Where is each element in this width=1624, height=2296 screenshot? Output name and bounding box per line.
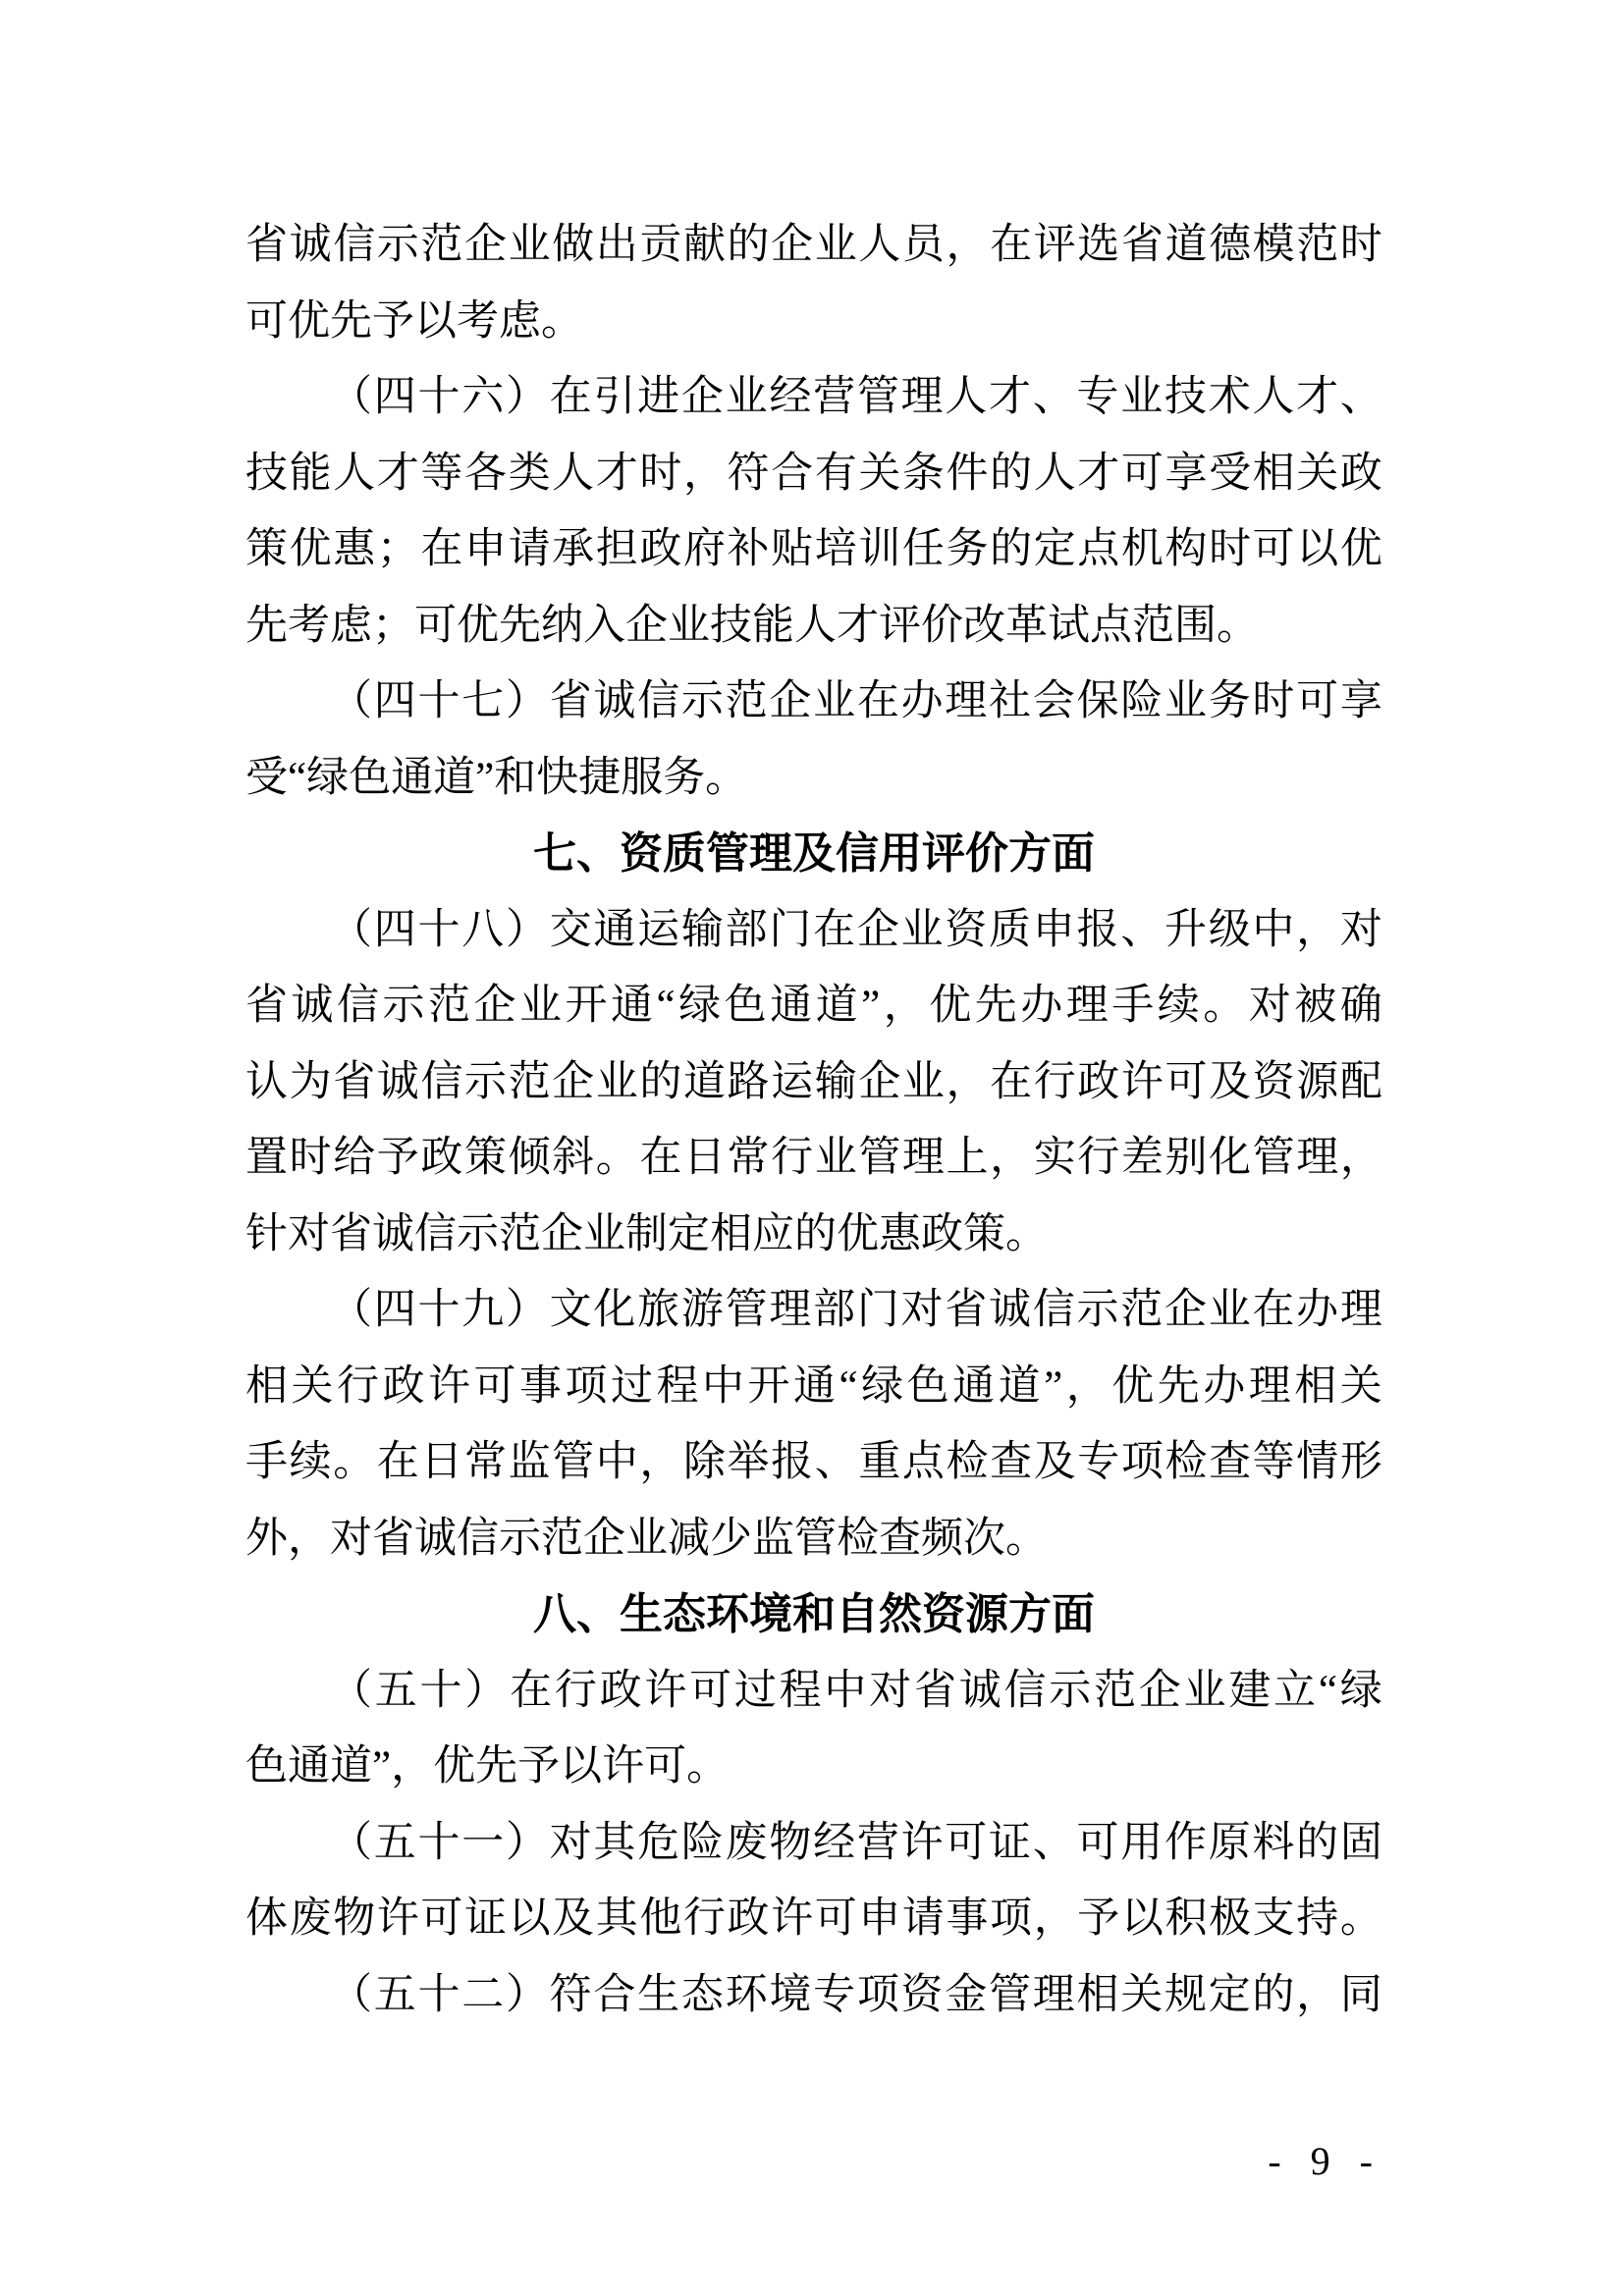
text-line: 体废物许可证以及其他行政许可申请事项，予以积极支持。 <box>245 1881 1382 1957</box>
document-body: 省诚信示范企业做出贡献的企业人员，在评选省道德模范时可优先予以考虑。（四十六）在… <box>245 207 1382 2033</box>
text-line: 先考虑；可优先纳入企业技能人才评价改革试点范围。 <box>245 588 1382 665</box>
text-line: （四十七）省诚信示范企业在办理社会保险业务时可享 <box>245 664 1382 740</box>
text-line: 外，对省诚信示范企业减少监管检查频次。 <box>245 1501 1382 1577</box>
text-line: 省诚信示范企业开通“绿色通道”，优先办理手续。对被确 <box>245 968 1382 1044</box>
text-line: 可优先予以考虑。 <box>245 284 1382 360</box>
document-page: 省诚信示范企业做出贡献的企业人员，在评选省道德模范时可优先予以考虑。（四十六）在… <box>0 0 1624 2296</box>
page-number: - 9 - <box>1268 2138 1382 2184</box>
text-line: 策优惠；在申请承担政府补贴培训任务的定点机构时可以优 <box>245 511 1382 588</box>
text-line: 手续。在日常监管中，除举报、重点检查及专项检查等情形 <box>245 1424 1382 1501</box>
text-line: 相关行政许可事项过程中开通“绿色通道”，优先办理相关 <box>245 1349 1382 1425</box>
text-line: 受“绿色通道”和快捷服务。 <box>245 740 1382 817</box>
text-line: （四十八）交通运输部门在企业资质申报、升级中，对 <box>245 892 1382 969</box>
text-line: （五十一）对其危险废物经营许可证、可用作原料的固 <box>245 1805 1382 1882</box>
text-line: 针对省诚信示范企业制定相应的优惠政策。 <box>245 1197 1382 1273</box>
text-line: （四十九）文化旅游管理部门对省诚信示范企业在办理 <box>245 1272 1382 1349</box>
text-line: 省诚信示范企业做出贡献的企业人员，在评选省道德模范时 <box>245 207 1382 284</box>
section-heading: 七、资质管理及信用评价方面 <box>245 816 1382 892</box>
section-heading: 八、生态环境和自然资源方面 <box>245 1576 1382 1653</box>
text-line: 置时给予政策倾斜。在日常行业管理上，实行差别化管理， <box>245 1120 1382 1197</box>
text-line: 色通道”，优先予以许可。 <box>245 1729 1382 1805</box>
text-line: （五十）在行政许可过程中对省诚信示范企业建立“绿 <box>245 1653 1382 1730</box>
text-line: （四十六）在引进企业经营管理人才、专业技术人才、 <box>245 359 1382 436</box>
text-line: （五十二）符合生态环境专项资金管理相关规定的，同 <box>245 1957 1382 2034</box>
text-line: 技能人才等各类人才时，符合有关条件的人才可享受相关政 <box>245 436 1382 512</box>
text-line: 认为省诚信示范企业的道路运输企业，在行政许可及资源配 <box>245 1044 1382 1121</box>
